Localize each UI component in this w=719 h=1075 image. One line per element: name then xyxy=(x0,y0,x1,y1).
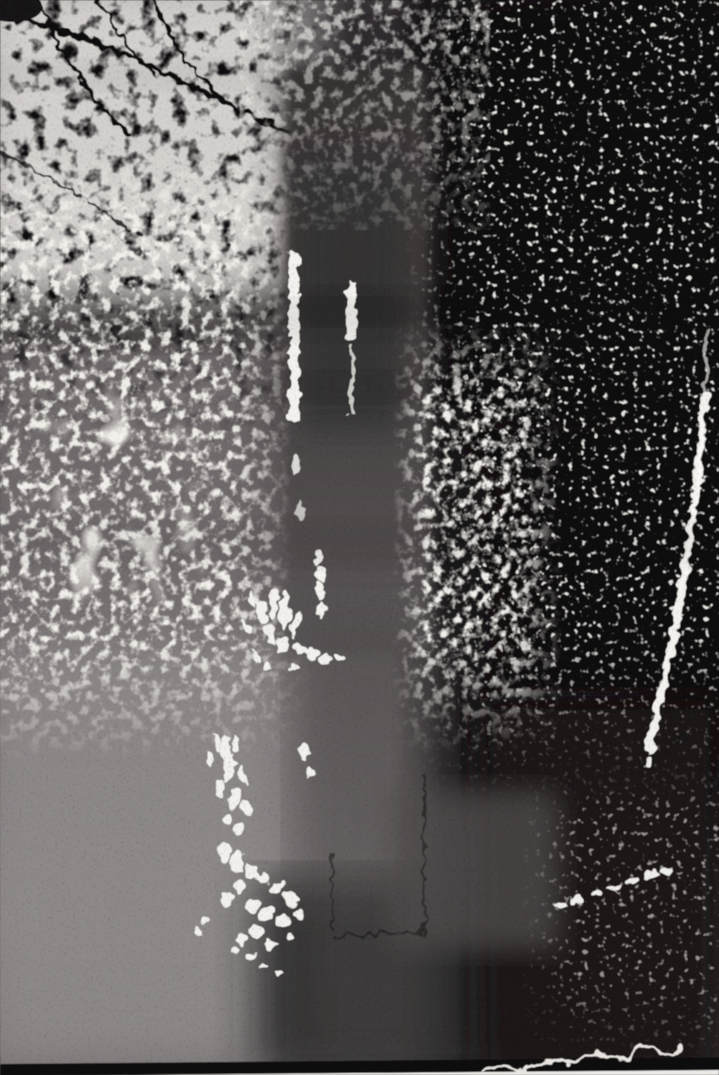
screenshot-root xyxy=(0,0,719,1075)
photocopied-photo xyxy=(0,0,719,1075)
photo-canvas xyxy=(0,0,719,1075)
